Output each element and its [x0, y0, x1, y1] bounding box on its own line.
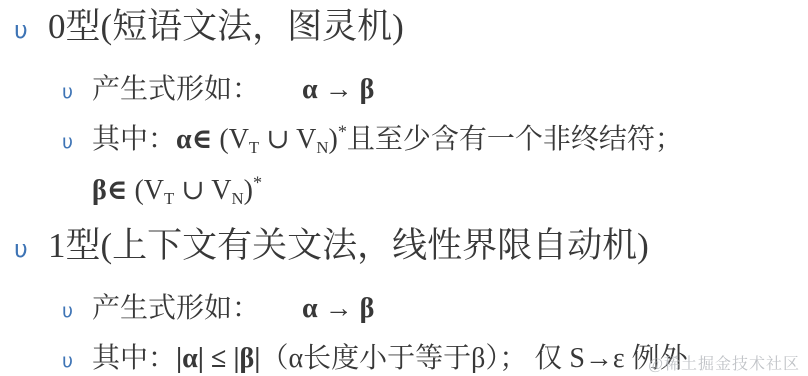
line-text: 其中：α∈ (VT ∪ VN)*且至少含有一个非终结符； [92, 119, 683, 164]
bullet-icon: υ [62, 71, 92, 113]
slide-content: υ0型(短语文法，图灵机)υ产生式形如： α → βυ其中：α∈ (VT ∪ V… [0, 4, 808, 376]
segment-sub: T [249, 138, 259, 157]
topic-line-type0: υ0型(短语文法，图灵机) [0, 4, 808, 53]
sub-line-production-form-type1: υ产生式形如： α → β [0, 288, 808, 332]
line-text: 产生式形如： α → β [92, 288, 374, 330]
segment-text: ) [244, 175, 253, 206]
segment-math: α∈ [176, 124, 212, 155]
sub-line-condition-type0: υ其中：α∈ (VT ∪ VN)*且至少含有一个非终结符； [0, 119, 808, 164]
segment-sup: * [253, 173, 262, 193]
bullet-icon: υ [62, 290, 92, 332]
sub-line-condition-type1: υ其中：|α| ≤ |β|（α长度小于等于β）； 仅 S→ε 例外 [0, 338, 808, 376]
line-text: 0型(短语文法，图灵机) [48, 4, 404, 50]
bullet-icon: υ [62, 121, 92, 163]
segment-text: ∪ V [174, 175, 231, 206]
segment-text: ∪ V [259, 124, 316, 155]
segment-sub: T [164, 189, 174, 208]
segment-text: 其中： [92, 343, 176, 374]
segment-text: （α长度小于等于β）； 仅 S→ε 例外 [260, 343, 687, 374]
segment-math: α → β [302, 74, 374, 105]
sub-line-production-form-type0: υ产生式形如： α → β [0, 69, 808, 113]
segment-text: 其中： [92, 124, 176, 155]
segment-text: ) [329, 124, 338, 155]
bullet-icon: υ [14, 226, 48, 272]
segment-text: 产生式形如： [92, 74, 302, 105]
bullet-icon: υ [62, 340, 92, 376]
segment-text: 1型(上下文有关文法，线性界限自动机) [48, 226, 649, 265]
segment-sub: N [316, 138, 328, 157]
segment-text: 0型(短语文法，图灵机) [48, 7, 404, 46]
segment-math: β∈ [92, 175, 127, 206]
continuation-line-beta: υβ∈ (VT ∪ VN)* [0, 170, 808, 215]
line-text: 1型(上下文有关文法，线性界限自动机) [48, 223, 649, 269]
segment-math: α → β [302, 293, 374, 324]
segment-text: 且至少含有一个非终结符； [347, 124, 683, 155]
segment-text: (V [127, 175, 164, 206]
slide: υ0型(短语文法，图灵机)υ产生式形如： α → βυ其中：α∈ (VT ∪ V… [0, 0, 808, 376]
bullet-icon: υ [14, 7, 48, 53]
segment-sub: N [231, 189, 243, 208]
segment-text: (V [212, 124, 249, 155]
topic-line-type1: υ1型(上下文有关文法，线性界限自动机) [0, 223, 808, 272]
segment-math: |α| ≤ |β| [176, 343, 260, 374]
line-text: 产生式形如： α → β [92, 69, 374, 111]
segment-sup: * [338, 122, 347, 142]
line-text: 其中：|α| ≤ |β|（α长度小于等于β）； 仅 S→ε 例外 [92, 338, 688, 376]
segment-text: 产生式形如： [92, 293, 302, 324]
line-text: β∈ (VT ∪ VN)* [92, 170, 262, 215]
